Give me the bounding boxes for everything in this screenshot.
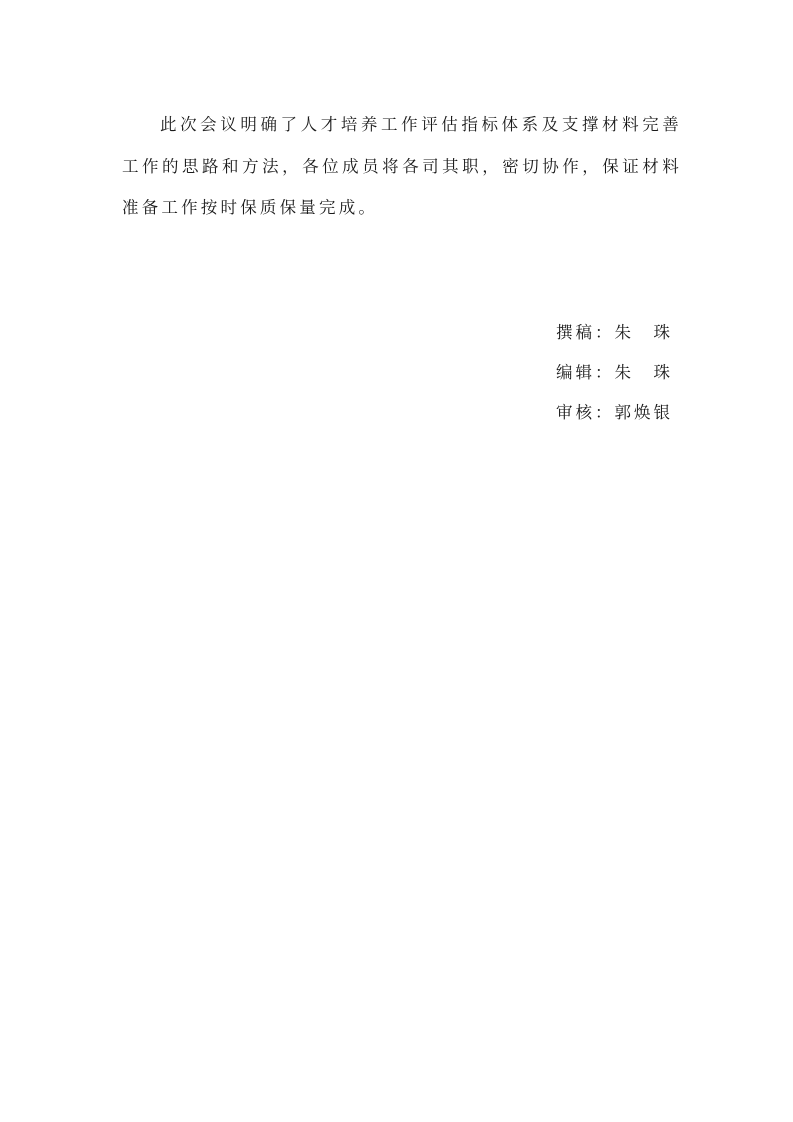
signature-drafter: 撰稿：朱 珠 — [556, 313, 673, 353]
editor-label: 编辑： — [556, 363, 615, 382]
reviewer-name: 郭焕银 — [615, 403, 674, 422]
drafter-label: 撰稿： — [556, 323, 615, 342]
signature-block: 撰稿：朱 珠 编辑：朱 珠 审核：郭焕银 — [556, 313, 673, 433]
drafter-name: 朱 珠 — [615, 323, 674, 342]
signature-reviewer: 审核：郭焕银 — [556, 393, 673, 433]
reviewer-label: 审核： — [556, 403, 615, 422]
body-paragraph: 此次会议明确了人才培养工作评估指标体系及支撑材料完善工作的思路和方法，各位成员将… — [122, 104, 682, 229]
signature-editor: 编辑：朱 珠 — [556, 353, 673, 393]
editor-name: 朱 珠 — [615, 363, 674, 382]
document-page: 此次会议明确了人才培养工作评估指标体系及支撑材料完善工作的思路和方法，各位成员将… — [0, 0, 793, 1122]
